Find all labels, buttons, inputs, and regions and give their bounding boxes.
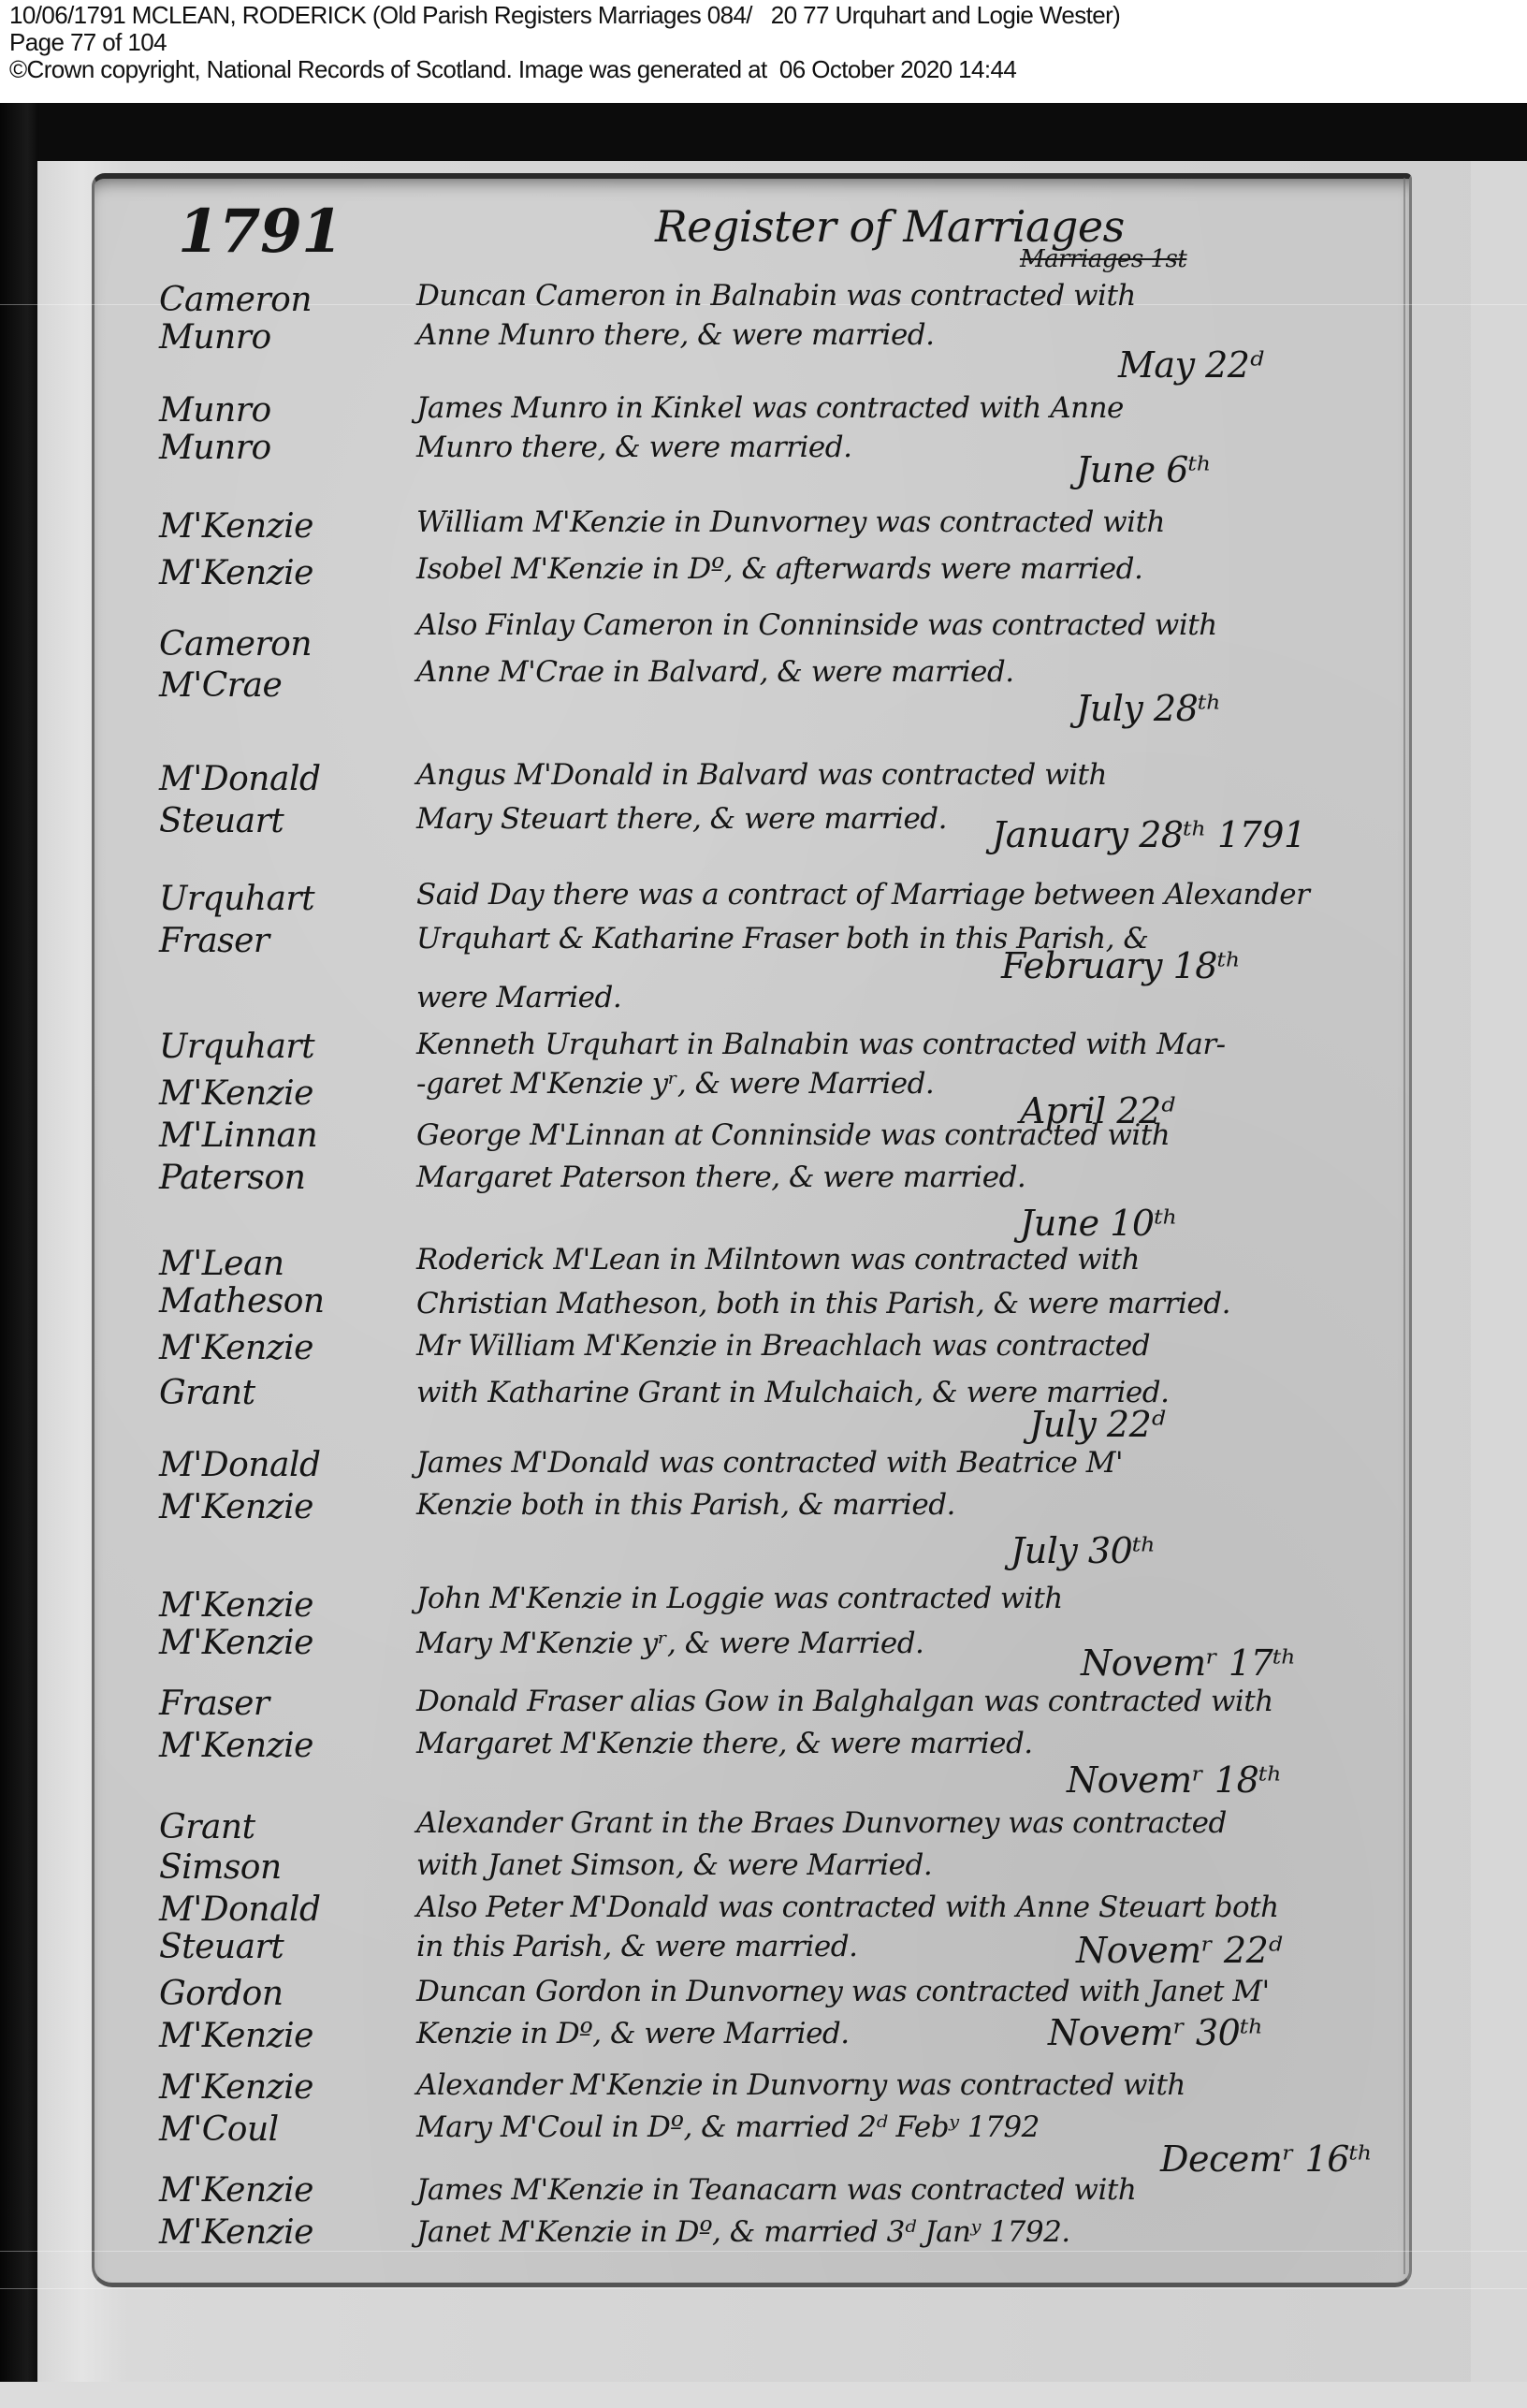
- copyright-line: ©Crown copyright, National Records of Sc…: [9, 56, 1516, 83]
- board-right-edge: [1471, 161, 1527, 2382]
- entry-date: April 22ᵈ: [1020, 1090, 1174, 1131]
- entry-date: July 22ᵈ: [1029, 1404, 1165, 1445]
- marriage-entry-line: Also Finlay Cameron in Conninside was co…: [416, 608, 1217, 642]
- margin-surname: Urquhart: [159, 880, 314, 918]
- scan-bottom-margin: [0, 2382, 1527, 2408]
- marriage-entry-line: Angus M'Donald in Balvard was contracted…: [416, 758, 1107, 792]
- entry-date: Novemʳ 18ᵗʰ: [1067, 1759, 1282, 1801]
- marriage-entry-line: Janet M'Kenzie in Dº, & married 3ᵈ Janʸ …: [416, 2215, 1070, 2249]
- marriage-entry-line: Also Peter M'Donald was contracted with …: [416, 1890, 1279, 1924]
- margin-surname: M'Kenzie: [159, 1074, 313, 1113]
- page-counter: Page 77 of 104: [9, 29, 1516, 56]
- marriage-entry-line: James Munro in Kinkel was contracted wit…: [416, 391, 1124, 425]
- margin-surname: M'Kenzie: [159, 1488, 313, 1526]
- margin-surname: Cameron: [159, 625, 312, 664]
- marriage-entry-line: Alexander M'Kenzie in Dunvorny was contr…: [416, 2068, 1185, 2102]
- marriage-entry-line: Margaret Paterson there, & were married.: [416, 1160, 1025, 1194]
- marriage-entry-line: Alexander Grant in the Braes Dunvorney w…: [416, 1806, 1227, 1840]
- margin-surname: M'Kenzie: [159, 2171, 313, 2210]
- margin-surname: Fraser: [159, 922, 269, 960]
- margin-surname: M'Crae: [159, 666, 282, 705]
- margin-surname: M'Kenzie: [159, 507, 313, 546]
- entry-date: June 10ᵗʰ: [1020, 1203, 1177, 1244]
- margin-surname: M'Coul: [159, 2110, 279, 2149]
- margin-surname: Urquhart: [159, 1028, 314, 1066]
- marriage-entry-line: James M'Kenzie in Teanacarn was contract…: [416, 2173, 1136, 2207]
- margin-surname: M'Linnan: [159, 1116, 317, 1155]
- margin-surname: M'Kenzie: [159, 554, 313, 592]
- margin-surname: M'Kenzie: [159, 2017, 313, 2055]
- register-year: 1791: [178, 197, 342, 267]
- entry-date: February 18ᵗʰ: [1001, 945, 1241, 986]
- marriage-entry-line: Munro there, & were married.: [416, 431, 851, 464]
- margin-surname: Paterson: [159, 1159, 305, 1197]
- marriage-entry-line: Said Day there was a contract of Marriag…: [416, 878, 1309, 912]
- marriage-entry-line: Duncan Gordon in Dunvorney was contracte…: [416, 1975, 1270, 2008]
- marriage-entry-line: Anne Munro there, & were married.: [416, 318, 935, 352]
- entry-date: January 28ᵗʰ 1791: [992, 814, 1306, 855]
- entry-date: Novemʳ 22ᵈ: [1076, 1930, 1282, 1971]
- margin-surname: Steuart: [159, 1928, 284, 1966]
- margin-surname: Cameron: [159, 281, 312, 319]
- margin-surname: Fraser: [159, 1685, 269, 1723]
- binding-edge: [0, 103, 39, 2382]
- margin-surname: Steuart: [159, 802, 284, 840]
- margin-surname: Simson: [159, 1848, 282, 1887]
- marriage-entry-line: Donald Fraser alias Gow in Balghalgan wa…: [416, 1685, 1273, 1718]
- entry-date: Decemʳ 16ᵗʰ: [1160, 2138, 1373, 2180]
- marriage-entry-line: Anne M'Crae in Balvard, & were married.: [416, 655, 1014, 689]
- marriage-entry-line: Kenzie both in this Parish, & married.: [416, 1488, 955, 1522]
- marriage-entry-line: Mr William M'Kenzie in Breachlach was co…: [416, 1329, 1150, 1363]
- marriage-entry-line: Kenzie in Dº, & were Married.: [416, 2017, 850, 2050]
- marriage-entry-line: William M'Kenzie in Dunvorney was contra…: [416, 505, 1165, 539]
- margin-surname: Munro: [159, 391, 271, 430]
- margin-surname: M'Donald: [159, 760, 321, 798]
- marriage-entry-line: with Janet Simson, & were Married.: [416, 1848, 932, 1882]
- margin-surname: M'Kenzie: [159, 2068, 313, 2107]
- margin-surname: M'Kenzie: [159, 1586, 313, 1625]
- entry-date: May 22ᵈ: [1118, 344, 1263, 386]
- marriage-entry-line: Duncan Cameron in Balnabin was contracte…: [416, 279, 1136, 313]
- margin-surname: Matheson: [159, 1282, 325, 1321]
- marriage-entry-line: James M'Donald was contracted with Beatr…: [416, 1446, 1123, 1480]
- marriage-entry-line: Mary M'Kenzie yʳ, & were Married.: [416, 1627, 923, 1660]
- record-title-line: 10/06/1791 MCLEAN, RODERICK (Old Parish …: [9, 2, 1516, 29]
- marriage-entry-line: Roderick M'Lean in Milntown was contract…: [416, 1243, 1140, 1277]
- margin-surname: M'Donald: [159, 1446, 321, 1484]
- margin-surname: M'Kenzie: [159, 1727, 313, 1765]
- margin-surname: M'Lean: [159, 1245, 284, 1283]
- register-title: Register of Marriages: [655, 201, 1125, 252]
- marriage-entry-line: Margaret M'Kenzie there, & were married.: [416, 1727, 1033, 1760]
- marriage-entry-line: Isobel M'Kenzie in Dº, & afterwards were…: [416, 552, 1142, 586]
- marriage-entry-line: -garet M'Kenzie yʳ, & were Married.: [416, 1067, 934, 1101]
- entry-date: June 6ᵗʰ: [1076, 449, 1212, 490]
- margin-surname: M'Kenzie: [159, 1624, 313, 1662]
- entry-date: July 28ᵗʰ: [1076, 688, 1221, 729]
- entry-date: Novemʳ 17ᵗʰ: [1081, 1642, 1296, 1684]
- marriage-entry-line: Christian Matheson, both in this Parish,…: [416, 1287, 1230, 1321]
- record-header: 10/06/1791 MCLEAN, RODERICK (Old Parish …: [9, 2, 1516, 83]
- marriage-entry-line: Mary M'Coul in Dº, & married 2ᵈ Febʸ 179…: [416, 2110, 1040, 2144]
- marriage-entry-line: were Married.: [416, 981, 621, 1014]
- margin-surname: Munro: [159, 318, 271, 357]
- margin-surname: Gordon: [159, 1975, 284, 2013]
- marriage-entry-line: in this Parish, & were married.: [416, 1930, 857, 1963]
- entry-date: July 30ᵗʰ: [1011, 1530, 1156, 1571]
- struck-title-note: Marriages 1st: [1020, 245, 1186, 273]
- marriage-entry-line: Kenneth Urquhart in Balnabin was contrac…: [416, 1028, 1226, 1061]
- page-fold-line: [1403, 178, 1405, 2274]
- marriage-entry-line: Mary Steuart there, & were married.: [416, 802, 947, 836]
- margin-surname: M'Kenzie: [159, 1329, 313, 1367]
- margin-surname: M'Donald: [159, 1890, 321, 1929]
- margin-surname: Grant: [159, 1808, 255, 1846]
- marriage-entry-line: John M'Kenzie in Loggie was contracted w…: [416, 1582, 1063, 1615]
- margin-surname: Grant: [159, 1374, 255, 1412]
- margin-surname: M'Kenzie: [159, 2213, 313, 2252]
- margin-surname: Munro: [159, 429, 271, 467]
- scan-artifact-line: [0, 2288, 1527, 2289]
- entry-date: Novemʳ 30ᵗʰ: [1048, 2012, 1263, 2053]
